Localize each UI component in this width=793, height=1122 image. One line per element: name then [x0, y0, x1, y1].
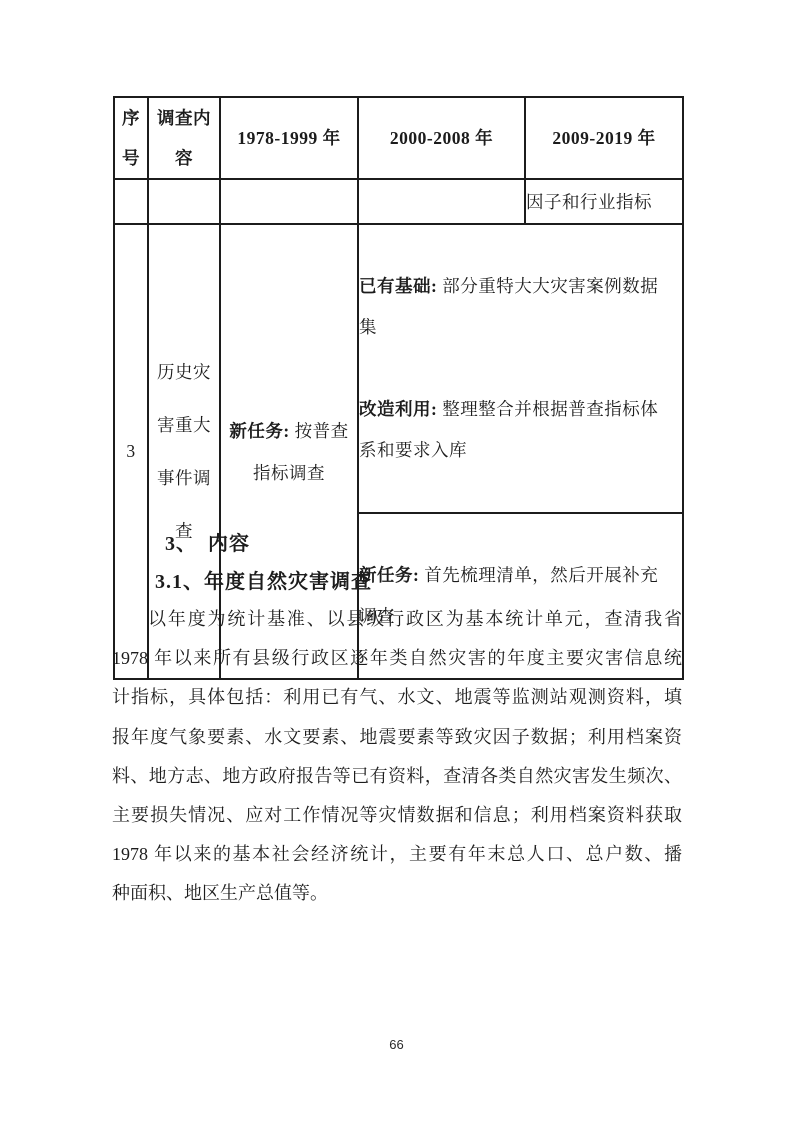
header-cell-2009-2019: 2009-2019 年 [525, 97, 683, 179]
paragraph-line: 计指标，具体包括：利用已有气、水文、地震等监测站观测资料，填 [112, 678, 682, 717]
table-row-3-top: 3 历史灾 害重大 事件调 查 新任务: 按普查 指标调查 已有基础: 部分重特… [114, 224, 683, 513]
transform-use-paragraph: 改造利用: 整理整合并根据普查指标体 系和要求入库 [359, 389, 682, 471]
empty-cell [220, 179, 358, 224]
paragraph-line: 以年度为统计基准、以县级行政区为基本统计单元，查清我省 [112, 600, 682, 639]
cell-factor-indicator: 因子和行业指标 [525, 179, 683, 224]
paragraph-line: 主要损失情况、应对工作情况等灾情数据和信息；利用档案资料获取 [112, 796, 682, 835]
empty-cell [114, 179, 148, 224]
empty-cell [358, 179, 525, 224]
subsection-heading-annual-disaster-survey: 3.1、年度自然灾害调查 [155, 565, 372, 594]
paragraph-line: 料、地方志、地方政府报告等已有资料，查清各类自然灾害发生频次、 [112, 757, 682, 796]
cell-merged-2000-2019-top: 已有基础: 部分重特大大灾害案例数据 集 改造利用: 整理整合并根据普查指标体 … [358, 224, 683, 513]
paragraph-line: 1978 年以来的基本社会经济统计，主要有年末总人口、总户数、播 [112, 835, 682, 874]
table-header-row: 序 号 调查内 容 1978-1999 年 2000-2008 年 2009-2… [114, 97, 683, 179]
document-page: 序 号 调查内 容 1978-1999 年 2000-2008 年 2009-2… [0, 0, 793, 1122]
header-cell-1978-1999: 1978-1999 年 [220, 97, 358, 179]
header-cell-content: 调查内 容 [148, 97, 220, 179]
table-row-factor: 因子和行业指标 [114, 179, 683, 224]
empty-cell [148, 179, 220, 224]
paragraph-line: 种面积、地区生产总值等。 [112, 874, 682, 913]
paragraph-line: 1978 年以来所有县级行政区逐年类自然灾害的年度主要灾害信息统 [112, 639, 682, 678]
header-cell-index: 序 号 [114, 97, 148, 179]
task-label: 新任务: [229, 421, 289, 441]
paragraph-line: 报年度气象要素、水文要素、地震要素等致灾因子数据；利用档案资 [112, 718, 682, 757]
body-paragraph: 以年度为统计基准、以县级行政区为基本统计单元，查清我省 1978 年以来所有县级… [112, 600, 682, 914]
existing-basis-paragraph: 已有基础: 部分重特大大灾害案例数据 集 [359, 266, 682, 348]
section-heading-content: 3、 内容 [165, 527, 250, 556]
transform-use-label: 改造利用: [359, 399, 437, 419]
page-number: 66 [0, 1037, 793, 1052]
header-cell-2000-2008: 2000-2008 年 [358, 97, 525, 179]
existing-basis-label: 已有基础: [359, 276, 437, 296]
